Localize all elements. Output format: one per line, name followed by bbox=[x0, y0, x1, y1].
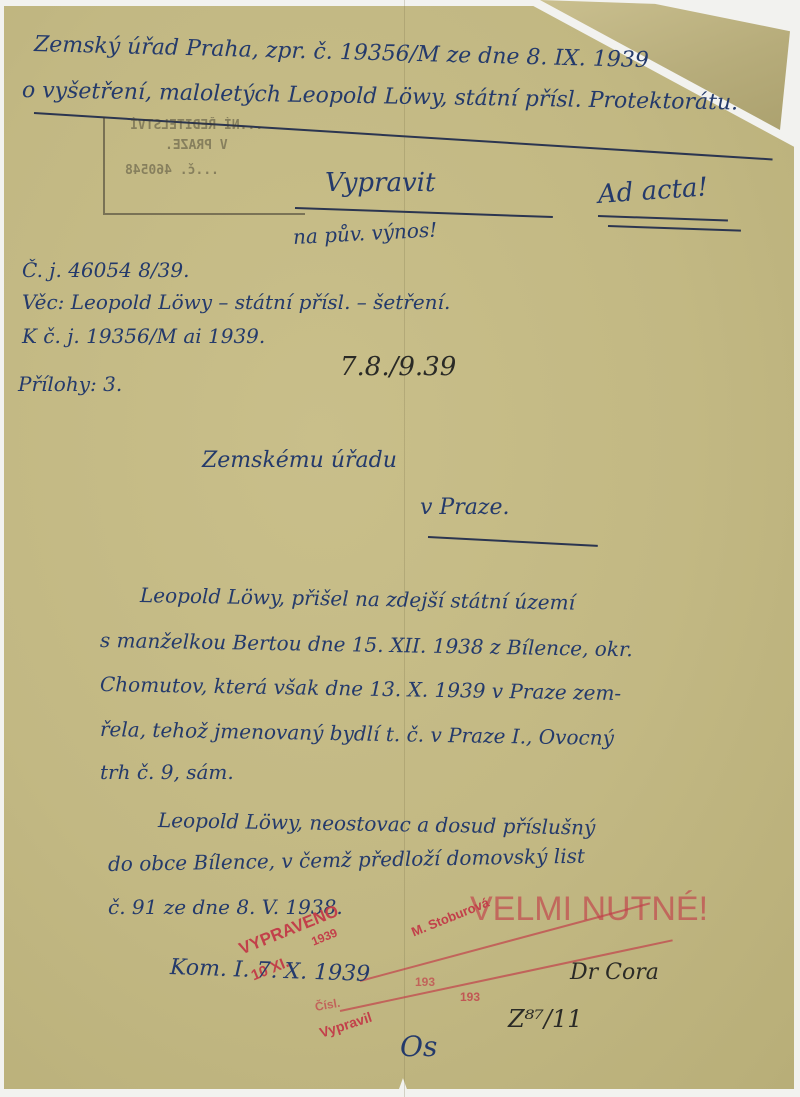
urgent-stamp: VELMI NUTNÉ! bbox=[470, 890, 708, 929]
reference-k-cj: K č. j. 19356/M ai 1939. bbox=[22, 324, 265, 348]
stamp-line-3: ...č. 460548 bbox=[125, 163, 219, 178]
stamp-line-1: ...NÍ ŘEDITELSTVÍ bbox=[130, 118, 263, 133]
pencil-signature: Dr Cora bbox=[570, 960, 659, 985]
reference-cj: Č. j. 46054 8/39. bbox=[22, 258, 189, 282]
signature-initials: Os bbox=[400, 1030, 437, 1063]
reference-attachments: Přílohy: 3. bbox=[18, 372, 122, 396]
title-vypravit: Vypravit bbox=[325, 168, 435, 198]
addressee-line-2: v Praze. bbox=[420, 495, 509, 520]
stamp-line-2: V PRAZE. bbox=[165, 138, 228, 153]
body-p1-line-5: trh č. 9, sám. bbox=[100, 760, 234, 784]
pencil-date: 7.8./9.39 bbox=[340, 352, 456, 382]
stamp-year-fill-1: 193 bbox=[415, 975, 435, 989]
stamp-year-fill-2: 193 bbox=[460, 990, 480, 1004]
addressee-line-1: Zemskému úřadu bbox=[202, 448, 397, 473]
paper-crease bbox=[404, 0, 405, 1097]
pencil-mark: Z⁸⁷/11 bbox=[508, 1005, 583, 1033]
reference-subject: Věc: Leopold Löwy – státní přísl. – šetř… bbox=[22, 290, 450, 314]
